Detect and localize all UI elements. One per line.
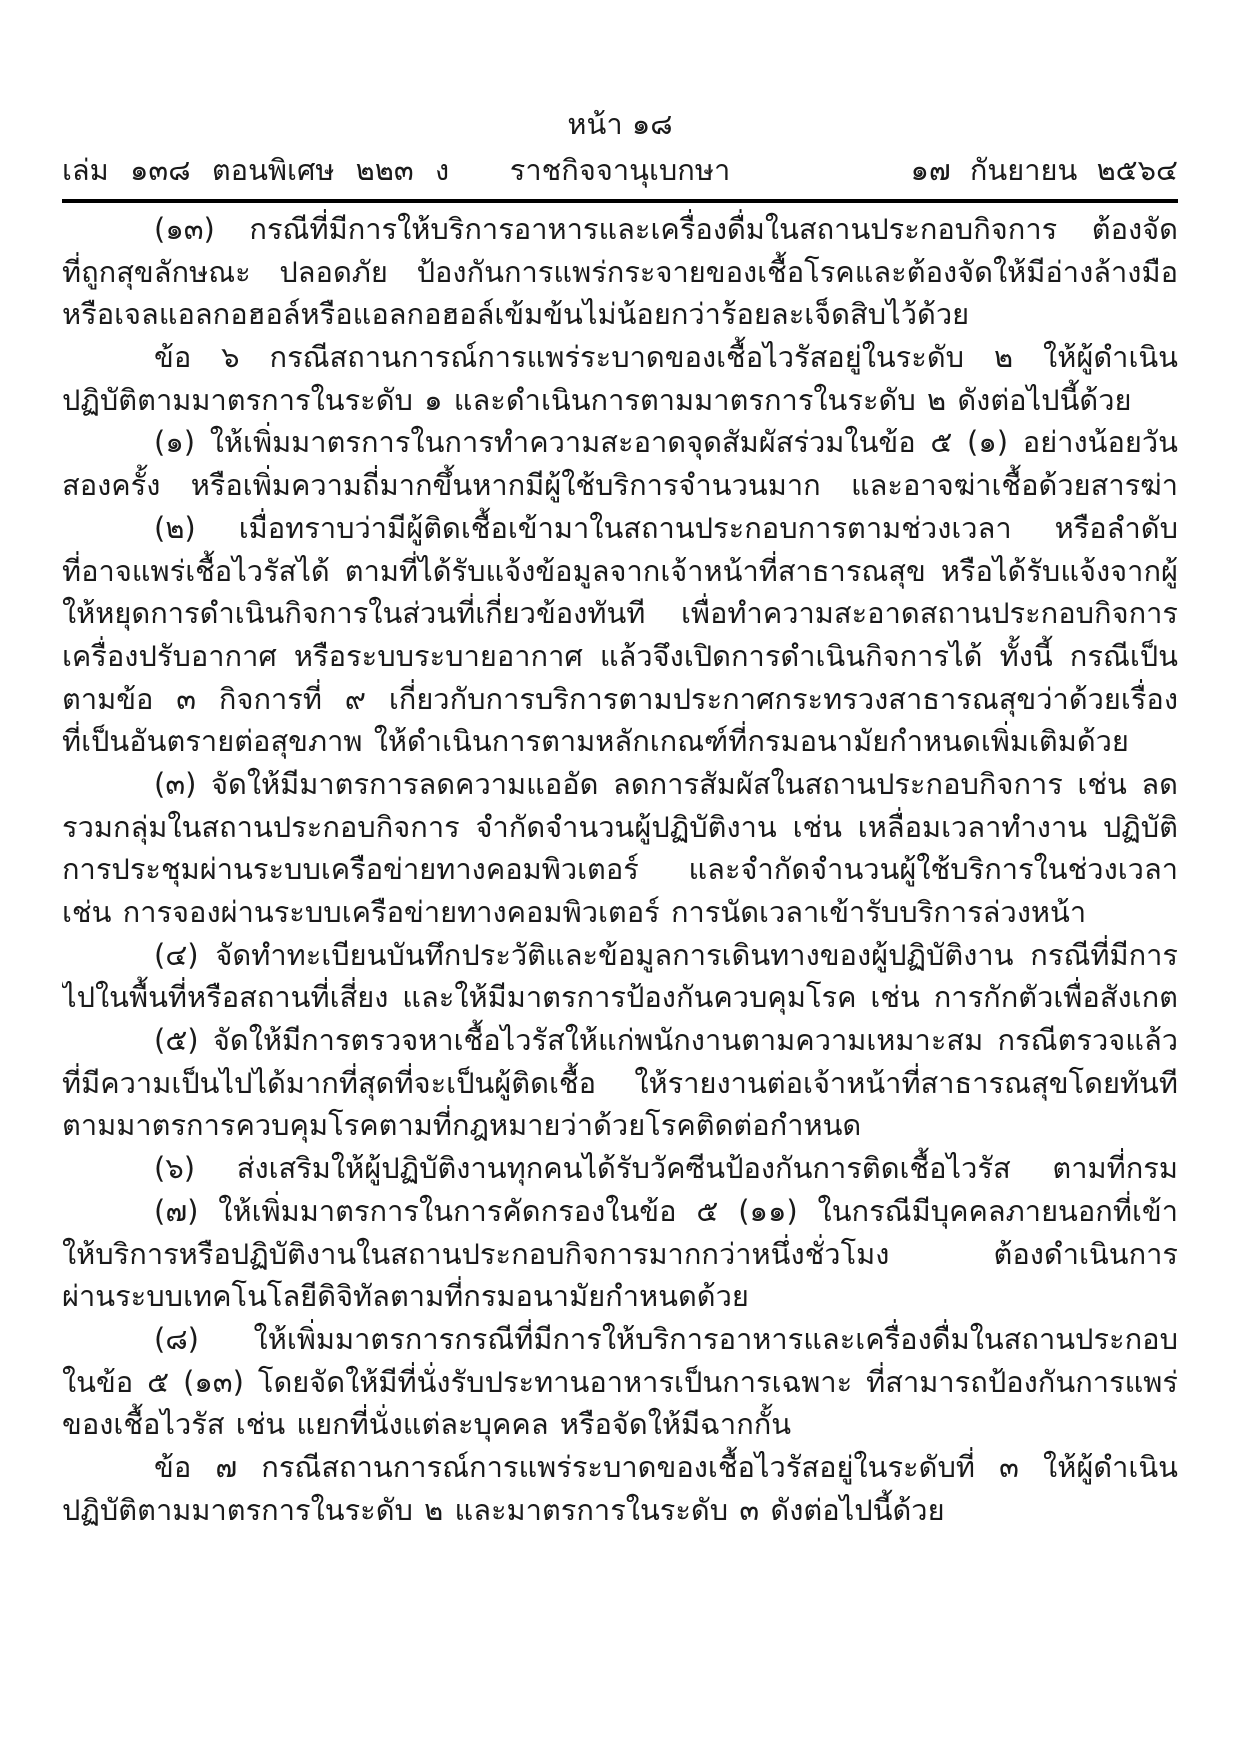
body-line: ตามข้อ ๓ กิจการที่ ๙ เกี่ยวกับการบริการต… <box>62 678 1178 721</box>
page-number: หน้า ๑๘ <box>62 104 1178 144</box>
body-line: สองครั้ง หรือเพิ่มความถี่มากขึ้นหากมีผู้… <box>62 464 1178 507</box>
body-line: ไปในพื้นที่หรือสถานที่เสี่ยง และให้มีมาต… <box>62 976 1178 1019</box>
body-line: ข้อ ๖ กรณีสถานการณ์การแพร่ระบาดของเชื้อไ… <box>62 336 1178 379</box>
body-line: ที่เป็นอันตรายต่อสุขภาพ ให้ดำเนินการตามห… <box>62 720 1178 763</box>
publication-date: ๑๗ กันยายน ๒๕๖๔ <box>730 150 1178 190</box>
body-line: ข้อ ๗ กรณีสถานการณ์การแพร่ระบาดของเชื้อไ… <box>62 1446 1178 1489</box>
body-line: (๓) จัดให้มีมาตรการลดความแออัด ลดการสัมผ… <box>62 763 1178 806</box>
body-line: (๑๓) กรณีที่มีการให้บริการอาหารและเครื่อ… <box>62 208 1178 251</box>
body-line: ที่อาจแพร่เชื้อไวรัสได้ ตามที่ได้รับแจ้ง… <box>62 550 1178 593</box>
body-line: ในข้อ ๕ (๑๓) โดยจัดให้มีที่นั่งรับประทาน… <box>62 1361 1178 1404</box>
volume-issue-label: เล่ม ๑๓๘ ตอนพิเศษ ๒๒๓ ง <box>62 150 510 190</box>
body-line: (๔) จัดทำทะเบียนบันทึกประวัติและข้อมูลกา… <box>62 934 1178 977</box>
gazette-page: หน้า ๑๘ เล่ม ๑๓๘ ตอนพิเศษ ๒๒๓ ง ราชกิจจา… <box>0 0 1240 1755</box>
body-line: (๑) ให้เพิ่มมาตรการในการทำความสะอาดจุดสั… <box>62 421 1178 464</box>
gazette-header: เล่ม ๑๓๘ ตอนพิเศษ ๒๒๓ ง ราชกิจจานุเบกษา … <box>62 150 1178 190</box>
body-line: (๒) เมื่อทราบว่ามีผู้ติดเชื้อเข้ามาในสถา… <box>62 507 1178 550</box>
body-line: หรือเจลแอลกอฮอล์หรือแอลกอฮอล์เข้มข้นไม่น… <box>62 293 1178 336</box>
body-line: การประชุมผ่านระบบเครือข่ายทางคอมพิวเตอร์… <box>62 848 1178 891</box>
body-line: ที่ถูกสุขลักษณะ ปลอดภัย ป้องกันการแพร่กร… <box>62 251 1178 294</box>
body-line: เช่น การจองผ่านระบบเครือข่ายทางคอมพิวเตอ… <box>62 891 1178 934</box>
body-line: ให้บริการหรือปฏิบัติงานในสถานประกอบกิจกา… <box>62 1233 1178 1276</box>
body-line: ของเชื้อไวรัส เช่น แยกที่นั่งแต่ละบุคคล … <box>62 1403 1178 1446</box>
body-line: (๗) ให้เพิ่มมาตรการในการคัดกรองในข้อ ๕ (… <box>62 1190 1178 1233</box>
body-line: ให้หยุดการดำเนินกิจการในส่วนที่เกี่ยวข้อ… <box>62 592 1178 635</box>
body-line: รวมกลุ่มในสถานประกอบกิจการ จำกัดจำนวนผู้… <box>62 806 1178 849</box>
body-line: ตามมาตรการควบคุมโรคตามที่กฎหมายว่าด้วยโร… <box>62 1104 1178 1147</box>
gazette-title: ราชกิจจานุเบกษา <box>510 150 730 190</box>
body-line: ปฏิบัติตามมาตรการในระดับ ๑ และดำเนินการต… <box>62 379 1178 422</box>
body-line: เครื่องปรับอากาศ หรือระบบระบายอากาศ แล้ว… <box>62 635 1178 678</box>
header-divider <box>62 199 1178 203</box>
body-line: (๕) จัดให้มีการตรวจหาเชื้อไวรัสให้แก่พนั… <box>62 1019 1178 1062</box>
body-line: ที่มีความเป็นไปได้มากที่สุดที่จะเป็นผู้ต… <box>62 1062 1178 1105</box>
document-body: (๑๓) กรณีที่มีการให้บริการอาหารและเครื่อ… <box>62 208 1178 1531</box>
body-line: (๘) ให้เพิ่มมาตรการกรณีที่มีการให้บริการ… <box>62 1318 1178 1361</box>
body-line: ปฏิบัติตามมาตรการในระดับ ๒ และมาตรการในร… <box>62 1489 1178 1532</box>
body-line: ผ่านระบบเทคโนโลยีดิจิทัลตามที่กรมอนามัยก… <box>62 1275 1178 1318</box>
body-line: (๖) ส่งเสริมให้ผู้ปฏิบัติงานทุกคนได้รับว… <box>62 1147 1178 1190</box>
